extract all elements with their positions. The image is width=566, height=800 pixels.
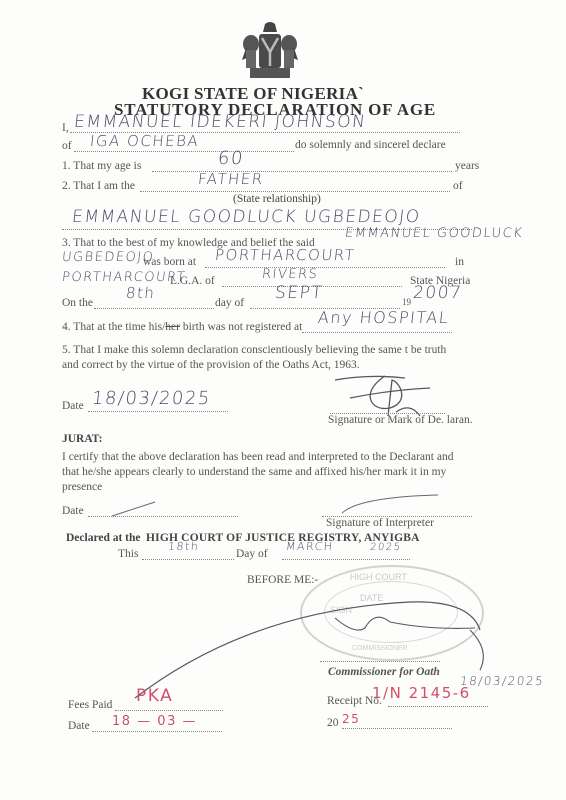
solemn-item-line1: 5. That I make this solemn declaration c… (62, 344, 446, 356)
declaration-date-line (88, 410, 228, 412)
declaration-date-label: Date (62, 400, 84, 412)
day-of-label: day of (215, 297, 244, 309)
solemn-text: do solemnly and sincerel declare (295, 139, 446, 151)
solemn-item-line2: and correct by the virtue of the provisi… (62, 359, 360, 371)
court-day-of-label: Day of (236, 548, 268, 560)
address-line (74, 150, 294, 152)
declarant-name[interactable]: EMMANUEL IDEKERI JOHNSON (73, 112, 367, 132)
fees-paid-value[interactable]: PKA (136, 686, 173, 706)
court-month-value[interactable]: MARCH (285, 540, 334, 553)
this-label: This (118, 548, 138, 560)
coat-of-arms-icon (232, 20, 308, 82)
age-label: 1. That my age is (62, 160, 141, 172)
receipt-year-line (342, 727, 452, 729)
court-month-line (282, 558, 410, 560)
receipt-value[interactable]: 1/N 2145-6 (372, 684, 471, 702)
commissioner-date[interactable]: 18/03/2025 (459, 674, 545, 688)
age-value[interactable]: 60 (217, 148, 245, 169)
before-me-label: BEFORE ME:- (247, 574, 318, 586)
on-the-label: On the (62, 297, 93, 309)
relation-suffix: of (453, 180, 463, 192)
birth-day-value[interactable]: 8th (125, 284, 156, 302)
birth-month-value[interactable]: SEPT (274, 283, 324, 303)
registered-label: 4. That at the time his/her birth was no… (62, 321, 302, 333)
relation-label: 2. That I am the (62, 180, 135, 192)
relation-line (140, 190, 450, 192)
relation-hint: (State relationship) (233, 193, 321, 205)
commissioner-line (320, 660, 440, 662)
belief-name-1[interactable]: EMMANUEL GOODLUCK (344, 226, 524, 241)
jurat-date-label: Date (62, 505, 84, 517)
declarant-prefix: I, (62, 122, 69, 134)
age-line (152, 170, 452, 172)
born-at-line (205, 266, 445, 268)
registered-line (302, 331, 452, 333)
jurat-date-stroke-icon (110, 500, 160, 520)
registered-label-a: 4. That at the time his/ (62, 321, 165, 333)
jurat-line2: that he/she appears clearly to understan… (62, 466, 446, 478)
receipt-line (388, 705, 488, 707)
stamp-text-top: HIGH COURT (350, 572, 407, 582)
born-at-value[interactable]: PORTHARCOURT (214, 246, 356, 264)
jurat-line1: I certify that the above declaration has… (62, 451, 453, 463)
state-value[interactable]: RIVERS (261, 267, 319, 282)
commissioner-label: Commissioner for Oath (328, 666, 440, 678)
declared-at-label: Declared at the (66, 532, 141, 544)
born-at-label: was born at (143, 256, 196, 268)
belief-name-2[interactable]: UGBEDEOJO (61, 250, 155, 265)
signature-interpreter-label: Signature of Interpreter (326, 517, 434, 529)
jurat-line3: presence (62, 481, 102, 493)
receipt-year-prefix: 20 (327, 717, 339, 729)
registered-label-b: birth was not registered at (180, 321, 302, 333)
registered-struck: her (165, 321, 180, 333)
in-label: in (455, 256, 464, 268)
fees-paid-label: Fees Paid (68, 699, 112, 711)
interpreter-signature-icon[interactable] (340, 493, 440, 515)
jurat-heading: JURAT: (62, 433, 102, 445)
lga-label: L.G.A. of (170, 275, 215, 287)
fees-date-label: Date (68, 720, 90, 732)
of-label: of (62, 140, 72, 152)
day-line (94, 307, 214, 309)
this-day-line (142, 558, 234, 560)
court-year-value[interactable]: 2025 (369, 542, 402, 553)
receipt-year-value[interactable]: 25 (342, 712, 360, 726)
fees-paid-line (115, 709, 223, 711)
declaration-date-value[interactable]: 18/03/2025 (91, 388, 212, 409)
declarant-address[interactable]: IGA OCHEBA (89, 132, 200, 150)
registered-value[interactable]: Any HOSPITAL (317, 308, 450, 327)
lga-value[interactable]: PORTHARCOURT (61, 270, 187, 285)
fees-date-line (92, 730, 222, 732)
fees-date-value[interactable]: 18 — 03 — (112, 714, 197, 729)
this-day-value[interactable]: 18th (167, 540, 200, 553)
relation-value[interactable]: FATHER (197, 170, 265, 188)
birth-year-value[interactable]: 2007 (412, 283, 463, 303)
year-prefix: 19 (402, 297, 411, 307)
child-name[interactable]: EMMANUEL GOODLUCK UGBEDEOJO (71, 207, 422, 227)
age-suffix: years (455, 160, 479, 172)
signature-declarant-label: Signature or Mark of De. laran. (328, 414, 473, 426)
